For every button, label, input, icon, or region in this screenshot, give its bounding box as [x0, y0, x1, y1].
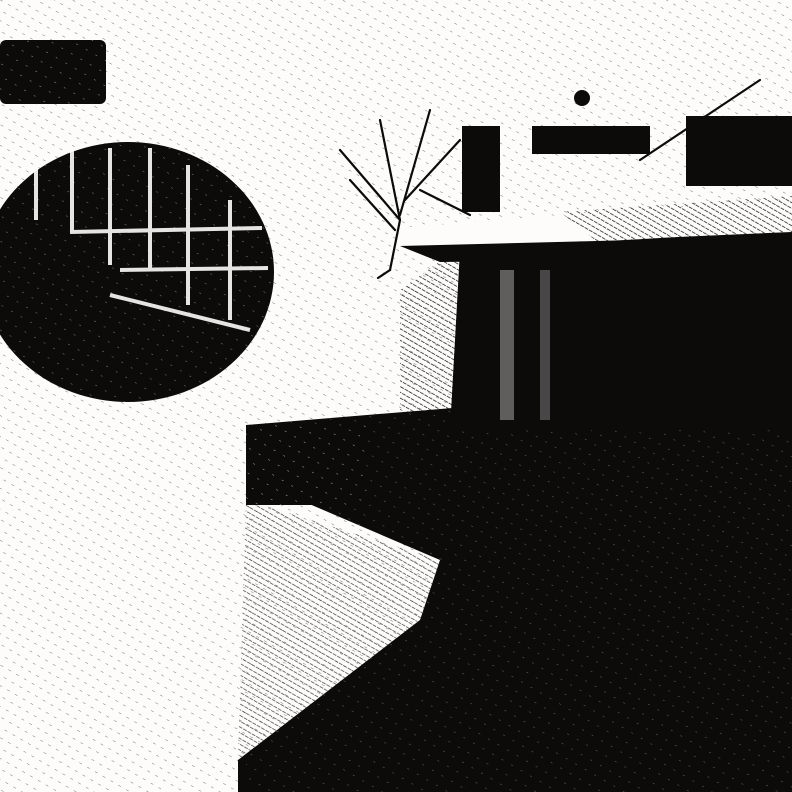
front-ledge: [246, 425, 366, 505]
photo-scene: [0, 0, 792, 792]
dark-rectangular-panel: [0, 40, 106, 104]
